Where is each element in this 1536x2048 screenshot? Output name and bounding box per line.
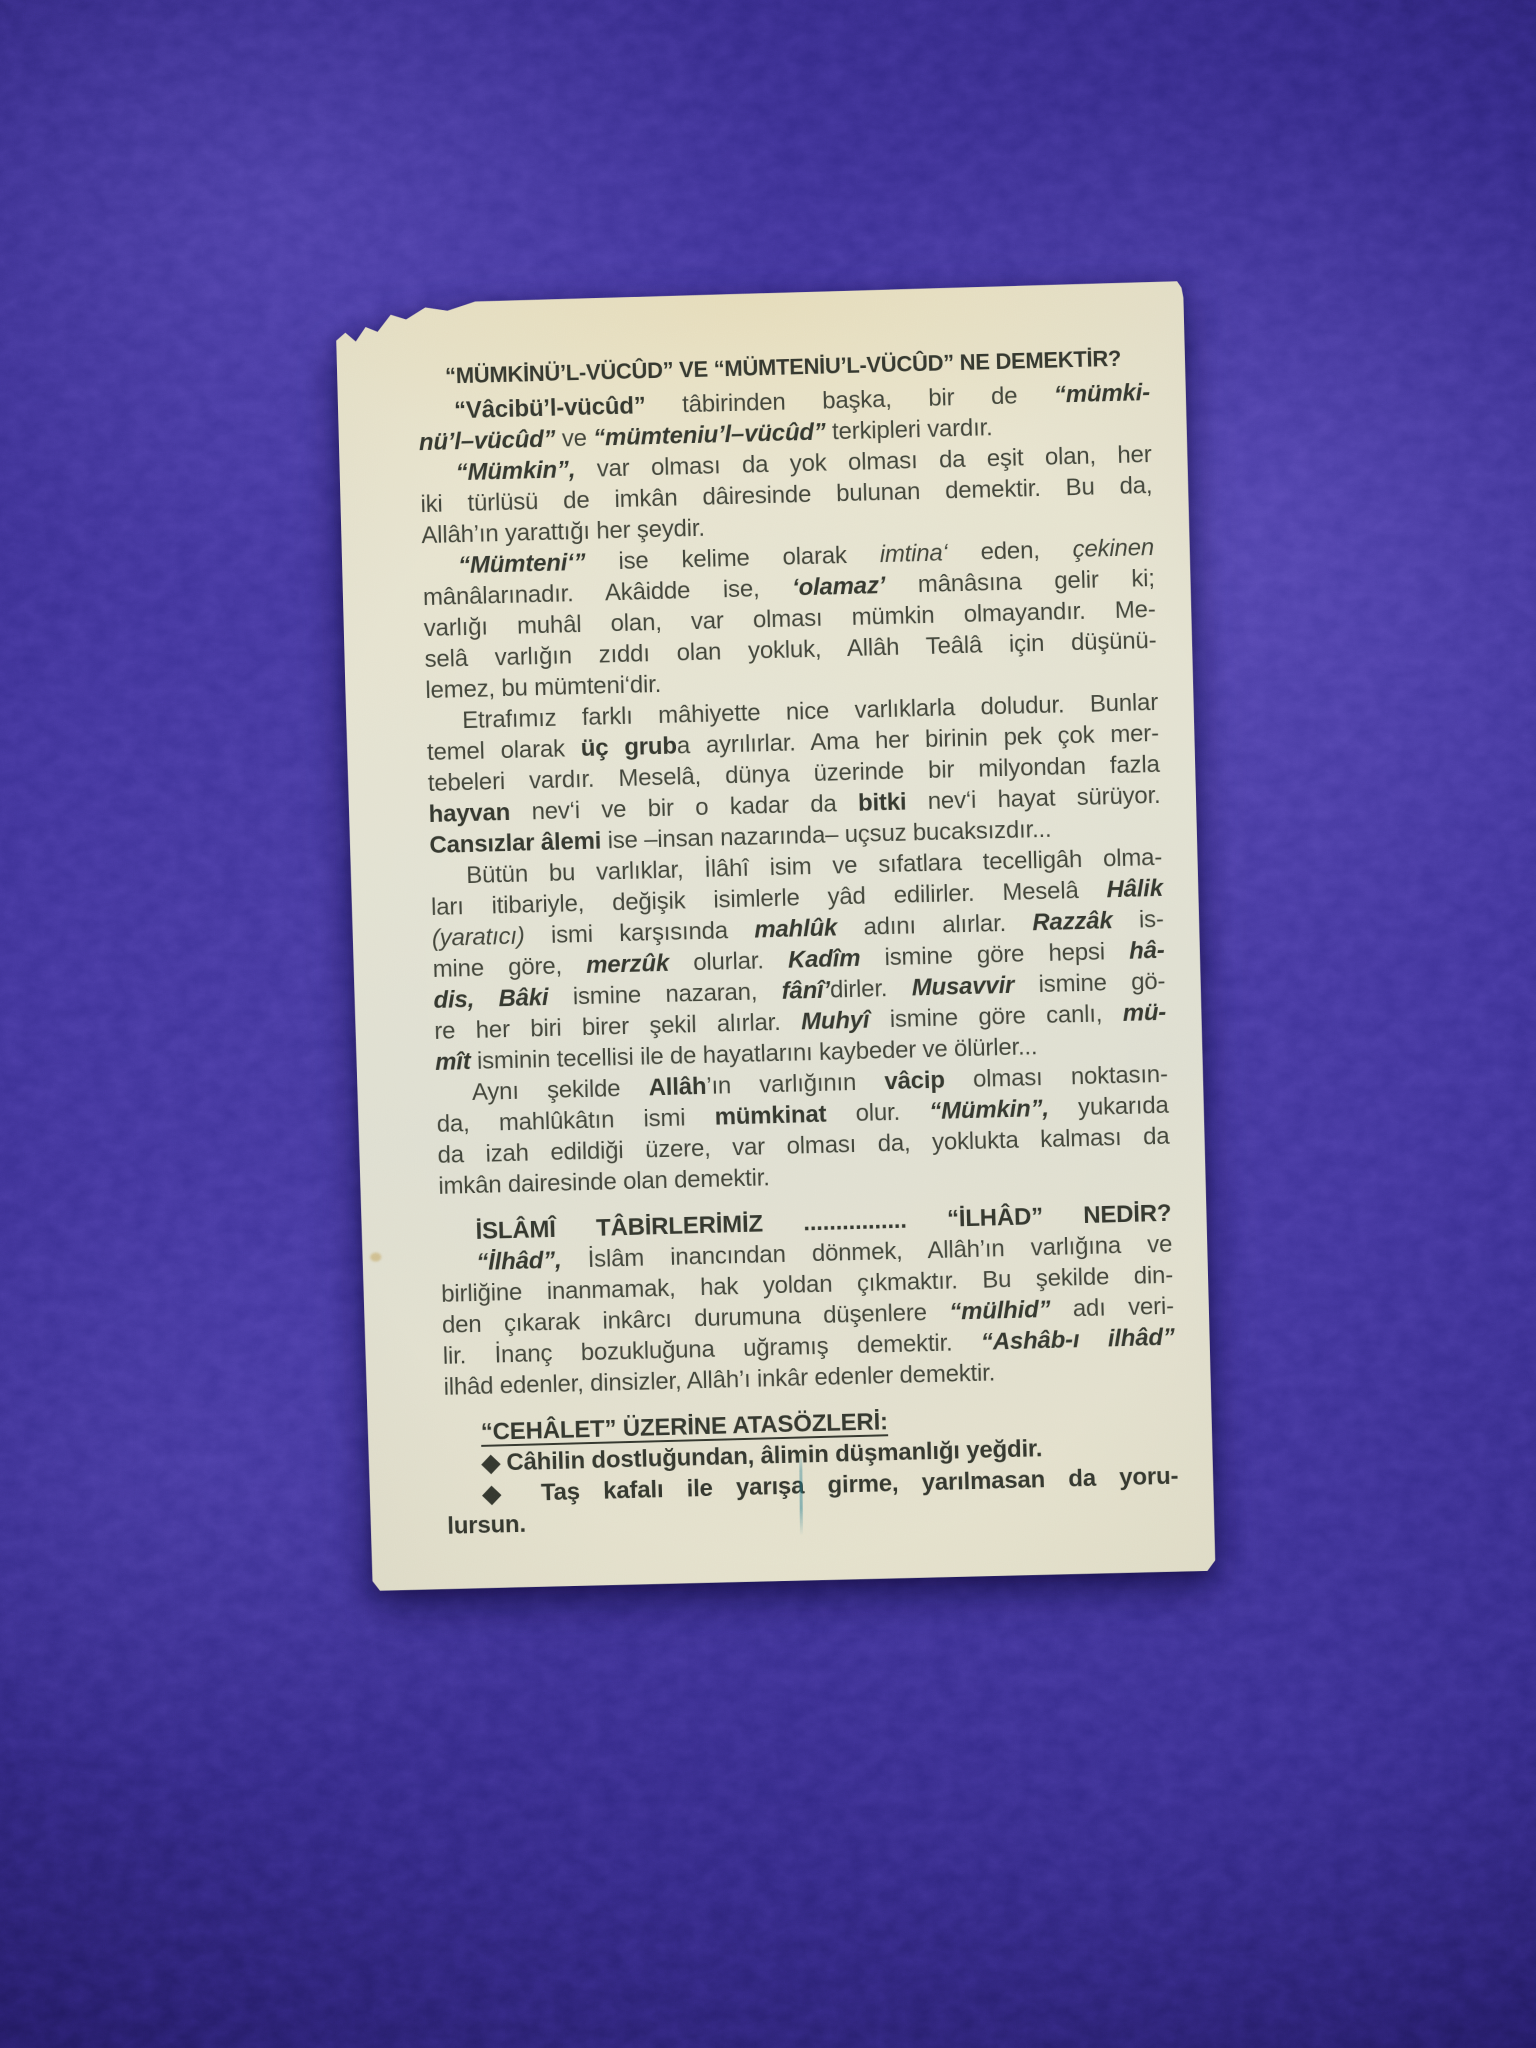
pamphlet-page: “MÜMKİNÜ’L-VÜCÛD” VE “MÜMTENİU’L-VÜCÛD” …: [335, 281, 1216, 1593]
paragraph-mumteni: “Mümteni‘” ise kelime olarak imtina‘ ede…: [422, 532, 1158, 706]
stain-spot: [370, 1252, 381, 1261]
paper-sheet: “MÜMKİNÜ’L-VÜCÛD” VE “MÜMTENİU’L-VÜCÛD” …: [335, 281, 1216, 1593]
paragraph-tecelligah: Bütün bu varlıklar, İlâhî isim ve sıfatl…: [430, 842, 1167, 1078]
paragraph-ilhad: “İlhâd”, İslâm inancından dönmek, Allâh’…: [440, 1229, 1176, 1403]
paragraph-vacip: Aynı şekilde Allâh’ın varlığının vâcip o…: [436, 1059, 1171, 1202]
paragraph-etrafimiz: Etrafımız farklı mâhiyette nice varlıkla…: [426, 687, 1162, 861]
photo-scene: “MÜMKİNÜ’L-VÜCÛD” VE “MÜMTENİU’L-VÜCÛD” …: [0, 0, 1536, 2048]
page-text: “MÜMKİNÜ’L-VÜCÛD” VE “MÜMTENİU’L-VÜCÛD” …: [417, 342, 1180, 1542]
